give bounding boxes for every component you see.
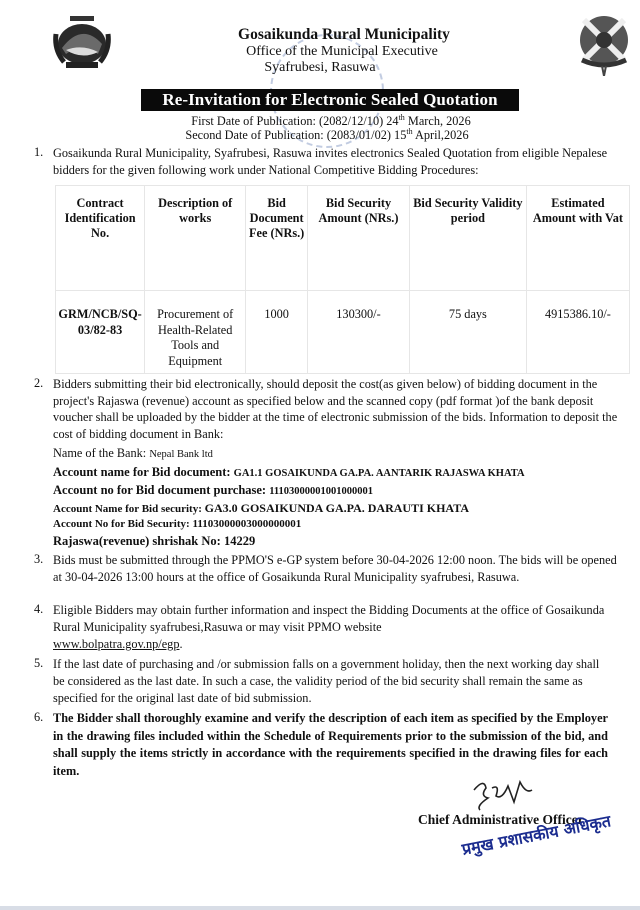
first-publication-month: March, 2026 bbox=[405, 114, 471, 128]
item-4-text: Eligible Bidders may obtain further info… bbox=[53, 602, 613, 654]
item-4-number: 4. bbox=[34, 602, 50, 617]
page-bottom-edge bbox=[0, 906, 640, 910]
account-name-bid-security: Account Name for Bid security: GA3.0 GOS… bbox=[53, 501, 469, 516]
signature-scribble bbox=[466, 776, 536, 812]
item-6-text: The Bidder shall thoroughly examine and … bbox=[53, 710, 608, 780]
bank-name-line: Name of the Bank: Nepal Bank ltd bbox=[53, 446, 213, 461]
item-4-period: . bbox=[179, 637, 182, 651]
account-name-bid-security-label: Account Name for Bid security: bbox=[53, 503, 205, 515]
bank-name-value: Nepal Bank ltd bbox=[149, 449, 213, 460]
item-3-text: Bids must be submitted through the PPMO'… bbox=[53, 552, 621, 586]
second-publication-month: April,2026 bbox=[413, 128, 469, 142]
cell-bid-doc-fee: 1000 bbox=[246, 291, 308, 374]
cell-bid-security-validity: 75 days bbox=[409, 291, 526, 374]
bid-table: Contract Identification No. Description … bbox=[55, 185, 630, 374]
ppmo-website-link[interactable]: www.bolpatra.gov.np/egp bbox=[53, 637, 179, 651]
bank-name-label: Name of the Bank: bbox=[53, 446, 149, 460]
header-bid-doc-fee: Bid Document Fee (NRs.) bbox=[246, 186, 308, 291]
item-5-text: If the last date of purchasing and /or s… bbox=[53, 656, 613, 708]
second-publication-text: Second Date of Publication: (2083/01/02)… bbox=[185, 128, 406, 142]
header-bid-security-validity: Bid Security Validity period bbox=[409, 186, 526, 291]
header-description: Description of works bbox=[145, 186, 246, 291]
account-no-bid-doc-label: Account no for Bid document purchase: bbox=[53, 483, 269, 497]
item-1-text: Gosaikunda Rural Municipality, Syafrubes… bbox=[53, 145, 621, 179]
table-row: GRM/NCB/SQ-03/82-83 Procurement of Healt… bbox=[56, 291, 630, 374]
header-estimated-amount: Estimated Amount with Vat bbox=[526, 186, 629, 291]
cell-contract-id: GRM/NCB/SQ-03/82-83 bbox=[56, 291, 145, 374]
account-name-bid-security-value: GA3.0 GOSAIKUNDA GA.PA. DARAUTI KHATA bbox=[205, 501, 469, 515]
second-publication-date: Second Date of Publication: (2083/01/02)… bbox=[0, 127, 640, 143]
office-name: Office of the Municipal Executive bbox=[22, 44, 640, 60]
account-no-bid-doc-value: 11103000001001000001 bbox=[269, 486, 373, 497]
account-name-bid-doc-value: GA1.1 GOSAIKUNDA GA.PA. AANTARIK RAJASWA… bbox=[234, 468, 525, 479]
cell-description: Procurement of Health-Related Tools and … bbox=[145, 291, 246, 374]
account-no-bid-doc: Account no for Bid document purchase: 11… bbox=[53, 483, 373, 498]
item-4-body: Eligible Bidders may obtain further info… bbox=[53, 603, 604, 634]
account-no-bid-security-value: 11103000003000000001 bbox=[192, 518, 301, 530]
header-contract-id: Contract Identification No. bbox=[56, 186, 145, 291]
rajaswa-shrishak: Rajaswa(revenue) shrishak No: 14229 bbox=[53, 534, 255, 549]
item-2-number: 2. bbox=[34, 376, 50, 391]
municipality-name: Gosaikunda Rural Municipality bbox=[24, 26, 640, 44]
account-no-bid-security-label: Account No for Bid Security: bbox=[53, 518, 192, 530]
table-header-row: Contract Identification No. Description … bbox=[56, 186, 630, 291]
item-1-number: 1. bbox=[34, 145, 50, 160]
item-5-number: 5. bbox=[34, 656, 50, 671]
notice-title-banner: Re-Invitation for Electronic Sealed Quot… bbox=[141, 89, 519, 111]
account-name-bid-doc-label: Account name for Bid document: bbox=[53, 465, 234, 479]
item-6-number: 6. bbox=[34, 710, 50, 725]
rajaswa-label: Rajaswa(revenue) shrishak No: bbox=[53, 534, 224, 548]
first-publication-text: First Date of Publication: (2082/12/10) … bbox=[191, 114, 398, 128]
office-address: Syafrubesi, Rasuwa bbox=[0, 60, 640, 76]
header-bid-security-amount: Bid Security Amount (NRs.) bbox=[308, 186, 410, 291]
cell-bid-security-amount: 130300/- bbox=[308, 291, 410, 374]
item-2-text: Bidders submitting their bid electronica… bbox=[53, 376, 621, 442]
cell-estimated-amount: 4915386.10/- bbox=[526, 291, 629, 374]
account-name-bid-doc: Account name for Bid document: GA1.1 GOS… bbox=[53, 465, 525, 480]
rajaswa-value: 14229 bbox=[224, 534, 255, 548]
item-3-number: 3. bbox=[34, 552, 50, 567]
account-no-bid-security: Account No for Bid Security: 11103000003… bbox=[53, 518, 301, 530]
